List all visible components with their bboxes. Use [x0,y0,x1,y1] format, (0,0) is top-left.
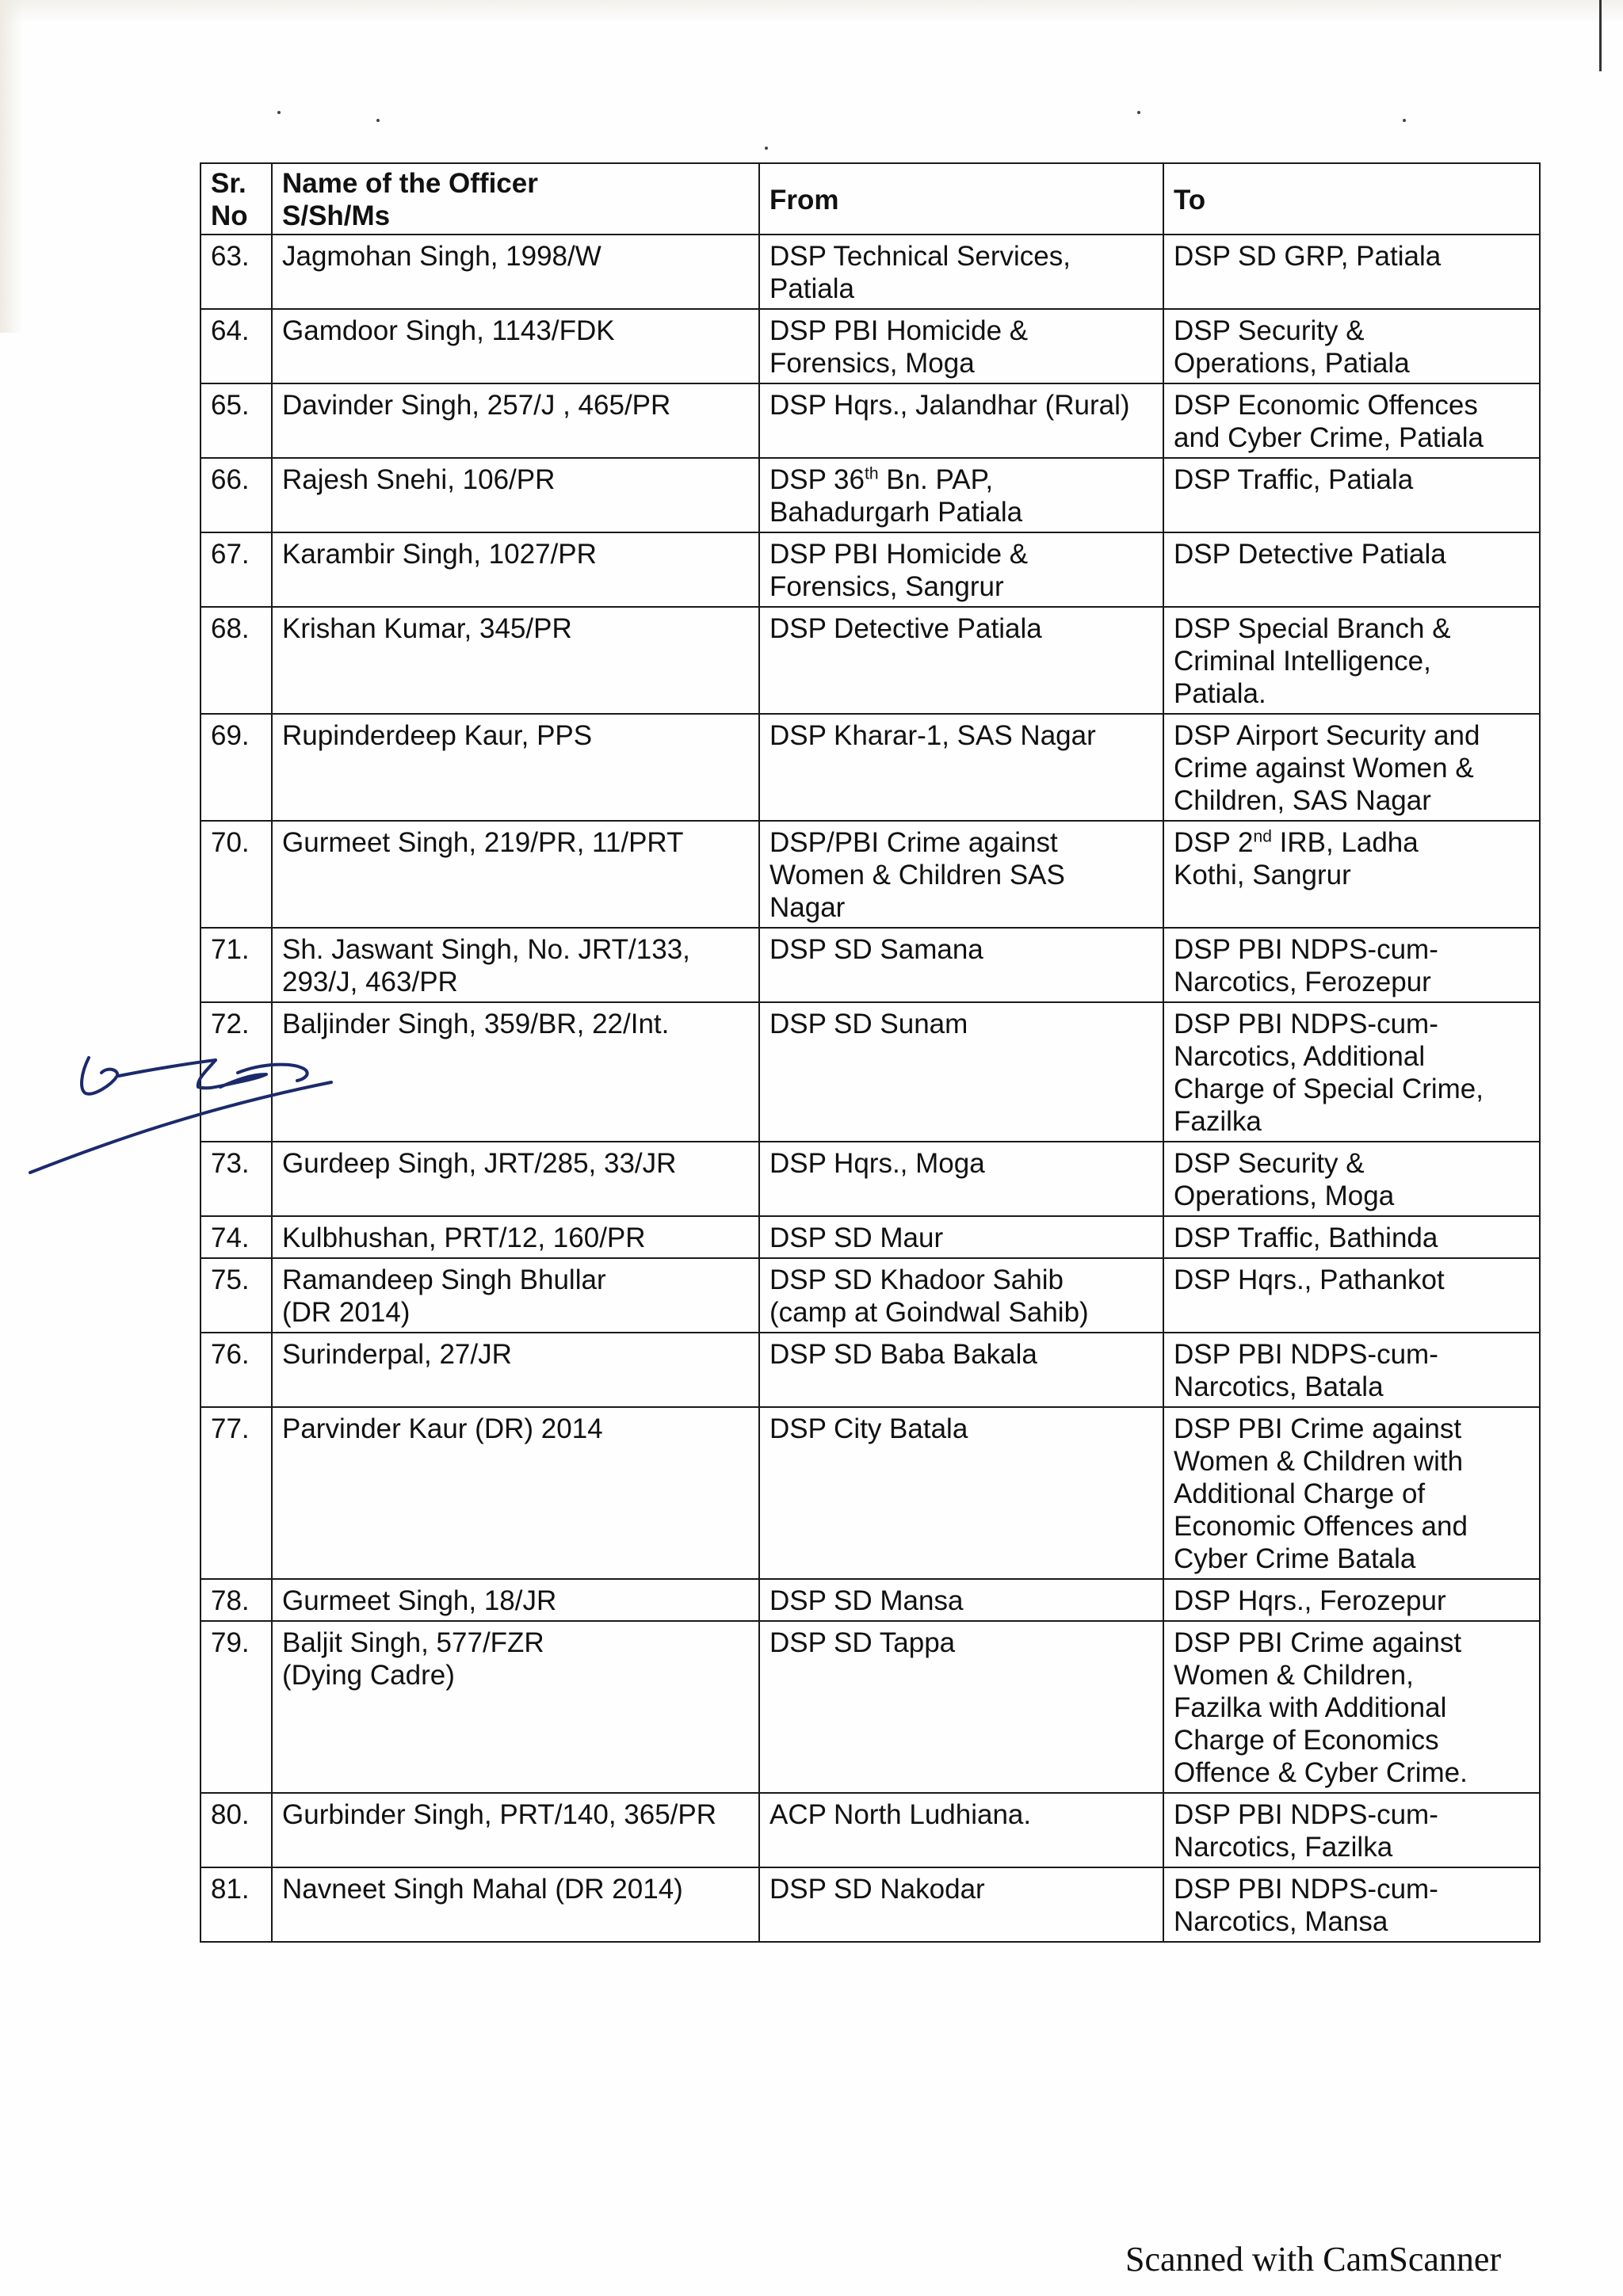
table-row: 72.Baljinder Singh, 359/BR, 22/Int.DSP S… [200,1002,1540,1142]
from-posting: DSP Technical Services,Patiala [759,235,1163,309]
from-line: DSP Detective Patiala [769,612,1155,645]
name-line: Gurbinder Singh, PRT/140, 365/PR [282,1798,750,1831]
serial-number: 63. [200,235,272,309]
to-line: DSP Airport Security and [1174,719,1531,752]
to-line: DSP PBI Crime against [1174,1627,1531,1659]
serial-number: 65. [200,383,272,458]
from-posting: DSP Kharar-1, SAS Nagar [759,714,1163,821]
from-line: DSP SD Mansa [769,1585,1155,1617]
to-line: Kothi, Sangrur [1174,859,1531,891]
to-posting: DSP PBI NDPS-cum-Narcotics, AdditionalCh… [1163,1002,1540,1142]
name-line: Krishan Kumar, 345/PR [282,612,750,645]
from-line: Forensics, Moga [769,347,1155,379]
name-line: Gurmeet Singh, 219/PR, 11/PRT [282,826,750,859]
header-to: To [1163,163,1540,235]
from-posting: ACP North Ludhiana. [759,1793,1163,1867]
from-posting: DSP Hqrs., Moga [759,1142,1163,1216]
officer-name: Gurbinder Singh, PRT/140, 365/PR [272,1793,759,1867]
from-line: Women & Children SAS [769,859,1155,891]
to-posting: DSP PBI NDPS-cum-Narcotics, Mansa [1163,1867,1540,1942]
from-posting: DSP City Batala [759,1407,1163,1579]
from-line: DSP SD Tappa [769,1627,1155,1659]
from-line: Patiala [769,273,1155,305]
to-line: DSP PBI NDPS-cum- [1174,933,1531,966]
name-line: Ramandeep Singh Bhullar [282,1264,750,1296]
officer-name: Navneet Singh Mahal (DR 2014) [272,1867,759,1942]
serial-number: 64. [200,309,272,383]
to-posting: DSP Hqrs., Pathankot [1163,1258,1540,1333]
table-row: 71.Sh. Jaswant Singh, No. JRT/133,293/J,… [200,928,1540,1002]
name-line: Gurmeet Singh, 18/JR [282,1585,750,1617]
from-line: Forensics, Sangrur [769,570,1155,603]
to-posting: DSP 2nd IRB, LadhaKothi, Sangrur [1163,821,1540,928]
from-posting: DSP SD Samana [759,928,1163,1002]
to-line: DSP 2nd IRB, Ladha [1174,826,1531,859]
table-row: 65.Davinder Singh, 257/J , 465/PRDSP Hqr… [200,383,1540,458]
from-line: Bahadurgarh Patiala [769,496,1155,528]
officer-name: Jagmohan Singh, 1998/W [272,235,759,309]
name-line: Parvinder Kaur (DR) 2014 [282,1413,750,1445]
to-posting: DSP PBI Crime againstWomen & Children,Fa… [1163,1621,1540,1793]
table-row: 77.Parvinder Kaur (DR) 2014DSP City Bata… [200,1407,1540,1579]
from-posting: DSP Detective Patiala [759,607,1163,714]
serial-number: 76. [200,1333,272,1407]
table-body: 63.Jagmohan Singh, 1998/WDSP Technical S… [200,235,1540,1942]
table-row: 73.Gurdeep Singh, JRT/285, 33/JRDSP Hqrs… [200,1142,1540,1216]
from-posting: DSP SD Sunam [759,1002,1163,1142]
to-posting: DSP Security &Operations, Moga [1163,1142,1540,1216]
name-line: Gurdeep Singh, JRT/285, 33/JR [282,1147,750,1180]
officer-name: Baljinder Singh, 359/BR, 22/Int. [272,1002,759,1142]
to-posting: DSP Economic Offencesand Cyber Crime, Pa… [1163,383,1540,458]
table-row: 76.Surinderpal, 27/JRDSP SD Baba BakalaD… [200,1333,1540,1407]
to-line: DSP SD GRP, Patiala [1174,240,1531,273]
serial-number: 79. [200,1621,272,1793]
from-posting: DSP PBI Homicide &Forensics, Sangrur [759,532,1163,607]
serial-number: 66. [200,458,272,532]
to-line: DSP PBI NDPS-cum- [1174,1008,1531,1040]
table-row: 66.Rajesh Snehi, 106/PRDSP 36th Bn. PAP,… [200,458,1540,532]
from-line: DSP/PBI Crime against [769,826,1155,859]
table-row: 75.Ramandeep Singh Bhullar(DR 2014)DSP S… [200,1258,1540,1333]
to-posting: DSP PBI NDPS-cum-Narcotics, Batala [1163,1333,1540,1407]
from-posting: DSP Hqrs., Jalandhar (Rural) [759,383,1163,458]
serial-number: 80. [200,1793,272,1867]
from-line: DSP City Batala [769,1413,1155,1445]
officer-name: Gurmeet Singh, 18/JR [272,1579,759,1621]
to-posting: DSP Airport Security andCrime against Wo… [1163,714,1540,821]
to-line: DSP Hqrs., Pathankot [1174,1264,1531,1296]
name-line: 293/J, 463/PR [282,966,750,998]
to-line: Narcotics, Additional [1174,1040,1531,1073]
to-line: Operations, Patiala [1174,347,1531,379]
ordinal-suffix: th [865,464,879,482]
to-line: Patiala. [1174,677,1531,710]
to-posting: DSP Traffic, Patiala [1163,458,1540,532]
table-row: 74.Kulbhushan, PRT/12, 160/PRDSP SD Maur… [200,1216,1540,1258]
from-line: (camp at Goindwal Sahib) [769,1296,1155,1329]
from-line: DSP Hqrs., Jalandhar (Rural) [769,389,1155,421]
name-line: Baljit Singh, 577/FZR [282,1627,750,1659]
name-line: Kulbhushan, PRT/12, 160/PR [282,1222,750,1254]
serial-number: 69. [200,714,272,821]
name-line: Surinderpal, 27/JR [282,1338,750,1371]
transfer-table: Sr. No Name of the Officer S/Sh/Ms From … [200,162,1541,1943]
to-line: DSP PBI NDPS-cum- [1174,1338,1531,1371]
officer-name: Sh. Jaswant Singh, No. JRT/133,293/J, 46… [272,928,759,1002]
from-posting: DSP SD Nakodar [759,1867,1163,1942]
table-header-row: Sr. No Name of the Officer S/Sh/Ms From … [200,163,1540,235]
officer-name: Gurmeet Singh, 219/PR, 11/PRT [272,821,759,928]
table-row: 79.Baljit Singh, 577/FZR(Dying Cadre)DSP… [200,1621,1540,1793]
from-line: DSP 36th Bn. PAP, [769,463,1155,496]
page-top-shade [0,0,1623,24]
from-line: DSP PBI Homicide & [769,538,1155,570]
header-from: From [759,163,1163,235]
to-line: DSP PBI NDPS-cum- [1174,1873,1531,1905]
to-line: Children, SAS Nagar [1174,784,1531,817]
to-line: DSP Security & [1174,1147,1531,1180]
to-posting: DSP PBI Crime againstWomen & Children wi… [1163,1407,1540,1579]
name-line: (Dying Cadre) [282,1659,750,1691]
name-line: Sh. Jaswant Singh, No. JRT/133, [282,933,750,966]
to-line: Offence & Cyber Crime. [1174,1756,1531,1789]
to-posting: DSP PBI NDPS-cum-Narcotics, Ferozepur [1163,928,1540,1002]
serial-number: 72. [200,1002,272,1142]
to-line: DSP PBI NDPS-cum- [1174,1798,1531,1831]
from-posting: DSP PBI Homicide &Forensics, Moga [759,309,1163,383]
table-row: 69.Rupinderdeep Kaur, PPSDSP Kharar-1, S… [200,714,1540,821]
officer-name: Baljit Singh, 577/FZR(Dying Cadre) [272,1621,759,1793]
from-line: DSP Technical Services, [769,240,1155,273]
from-line: DSP SD Sunam [769,1008,1155,1040]
officer-name: Ramandeep Singh Bhullar(DR 2014) [272,1258,759,1333]
officer-name: Parvinder Kaur (DR) 2014 [272,1407,759,1579]
scan-edge-mark [1599,0,1602,71]
name-line: Jagmohan Singh, 1998/W [282,240,750,273]
page-left-shade [0,0,22,333]
serial-number: 81. [200,1867,272,1942]
from-line: DSP SD Maur [769,1222,1155,1254]
to-line: DSP Traffic, Patiala [1174,463,1531,496]
from-posting: DSP SD Maur [759,1216,1163,1258]
to-line: Charge of Special Crime, [1174,1073,1531,1105]
table-row: 81.Navneet Singh Mahal (DR 2014)DSP SD N… [200,1867,1540,1942]
to-line: Narcotics, Batala [1174,1371,1531,1403]
to-line: Cyber Crime Batala [1174,1543,1531,1575]
table-row: 80.Gurbinder Singh, PRT/140, 365/PRACP N… [200,1793,1540,1867]
officer-name: Karambir Singh, 1027/PR [272,532,759,607]
serial-number: 67. [200,532,272,607]
name-line: Davinder Singh, 257/J , 465/PR [282,389,750,421]
to-posting: DSP PBI NDPS-cum-Narcotics, Fazilka [1163,1793,1540,1867]
name-line: Karambir Singh, 1027/PR [282,538,750,570]
officer-name: Rupinderdeep Kaur, PPS [272,714,759,821]
serial-number: 73. [200,1142,272,1216]
officer-name: Davinder Singh, 257/J , 465/PR [272,383,759,458]
to-line: DSP PBI Crime against [1174,1413,1531,1445]
officer-name: Krishan Kumar, 345/PR [272,607,759,714]
to-posting: DSP Detective Patiala [1163,532,1540,607]
to-line: Criminal Intelligence, [1174,645,1531,677]
from-line: DSP SD Samana [769,933,1155,966]
table-row: 70.Gurmeet Singh, 219/PR, 11/PRTDSP/PBI … [200,821,1540,928]
from-line: DSP Kharar-1, SAS Nagar [769,719,1155,752]
to-line: DSP Detective Patiala [1174,538,1531,570]
from-posting: DSP 36th Bn. PAP,Bahadurgarh Patiala [759,458,1163,532]
to-line: Narcotics, Mansa [1174,1905,1531,1938]
from-line: DSP SD Nakodar [769,1873,1155,1905]
from-line: ACP North Ludhiana. [769,1798,1155,1831]
to-posting: DSP Traffic, Bathinda [1163,1216,1540,1258]
from-line: DSP PBI Homicide & [769,315,1155,347]
to-line: Crime against Women & [1174,752,1531,784]
to-posting: DSP Special Branch &Criminal Intelligenc… [1163,607,1540,714]
header-officer-name: Name of the Officer S/Sh/Ms [272,163,759,235]
to-line: Fazilka with Additional [1174,1691,1531,1724]
to-line: DSP Economic Offences [1174,389,1531,421]
from-posting: DSP/PBI Crime againstWomen & Children SA… [759,821,1163,928]
to-line: Operations, Moga [1174,1180,1531,1212]
to-line: Women & Children with [1174,1445,1531,1478]
table-row: 63.Jagmohan Singh, 1998/WDSP Technical S… [200,235,1540,309]
serial-number: 78. [200,1579,272,1621]
to-line: DSP Special Branch & [1174,612,1531,645]
to-line: Additional Charge of [1174,1478,1531,1510]
name-line: Baljinder Singh, 359/BR, 22/Int. [282,1008,750,1040]
from-posting: DSP SD Baba Bakala [759,1333,1163,1407]
to-line: Charge of Economics [1174,1724,1531,1756]
scanner-watermark: Scanned with CamScanner [1125,2239,1501,2279]
officer-name: Gamdoor Singh, 1143/FDK [272,309,759,383]
to-line: DSP Security & [1174,315,1531,347]
to-posting: DSP SD GRP, Patiala [1163,235,1540,309]
to-line: Fazilka [1174,1105,1531,1138]
from-posting: DSP SD Tappa [759,1621,1163,1793]
from-posting: DSP SD Mansa [759,1579,1163,1621]
table-row: 68.Krishan Kumar, 345/PRDSP Detective Pa… [200,607,1540,714]
officer-name: Surinderpal, 27/JR [272,1333,759,1407]
header-sr-no: Sr. No [200,163,272,235]
officer-name: Kulbhushan, PRT/12, 160/PR [272,1216,759,1258]
to-line: Narcotics, Ferozepur [1174,966,1531,998]
to-line: DSP Traffic, Bathinda [1174,1222,1531,1254]
name-line: (DR 2014) [282,1296,750,1329]
serial-number: 71. [200,928,272,1002]
from-line: DSP SD Khadoor Sahib [769,1264,1155,1296]
to-line: Narcotics, Fazilka [1174,1831,1531,1863]
to-line: Economic Offences and [1174,1510,1531,1543]
to-line: DSP Hqrs., Ferozepur [1174,1585,1531,1617]
serial-number: 70. [200,821,272,928]
from-line: Nagar [769,891,1155,924]
name-line: Rupinderdeep Kaur, PPS [282,719,750,752]
name-line: Gamdoor Singh, 1143/FDK [282,315,750,347]
table-row: 67.Karambir Singh, 1027/PRDSP PBI Homici… [200,532,1540,607]
to-posting: DSP Hqrs., Ferozepur [1163,1579,1540,1621]
table-row: 64.Gamdoor Singh, 1143/FDKDSP PBI Homici… [200,309,1540,383]
from-line: DSP SD Baba Bakala [769,1338,1155,1371]
name-line: Rajesh Snehi, 106/PR [282,463,750,496]
table-row: 78.Gurmeet Singh, 18/JRDSP SD MansaDSP H… [200,1579,1540,1621]
ordinal-suffix: nd [1254,827,1272,845]
name-line: Navneet Singh Mahal (DR 2014) [282,1873,750,1905]
from-line: DSP Hqrs., Moga [769,1147,1155,1180]
to-line: and Cyber Crime, Patiala [1174,421,1531,454]
officer-name: Gurdeep Singh, JRT/285, 33/JR [272,1142,759,1216]
serial-number: 77. [200,1407,272,1579]
serial-number: 74. [200,1216,272,1258]
from-posting: DSP SD Khadoor Sahib(camp at Goindwal Sa… [759,1258,1163,1333]
serial-number: 75. [200,1258,272,1333]
to-line: Women & Children, [1174,1659,1531,1691]
serial-number: 68. [200,607,272,714]
to-posting: DSP Security &Operations, Patiala [1163,309,1540,383]
officer-name: Rajesh Snehi, 106/PR [272,458,759,532]
